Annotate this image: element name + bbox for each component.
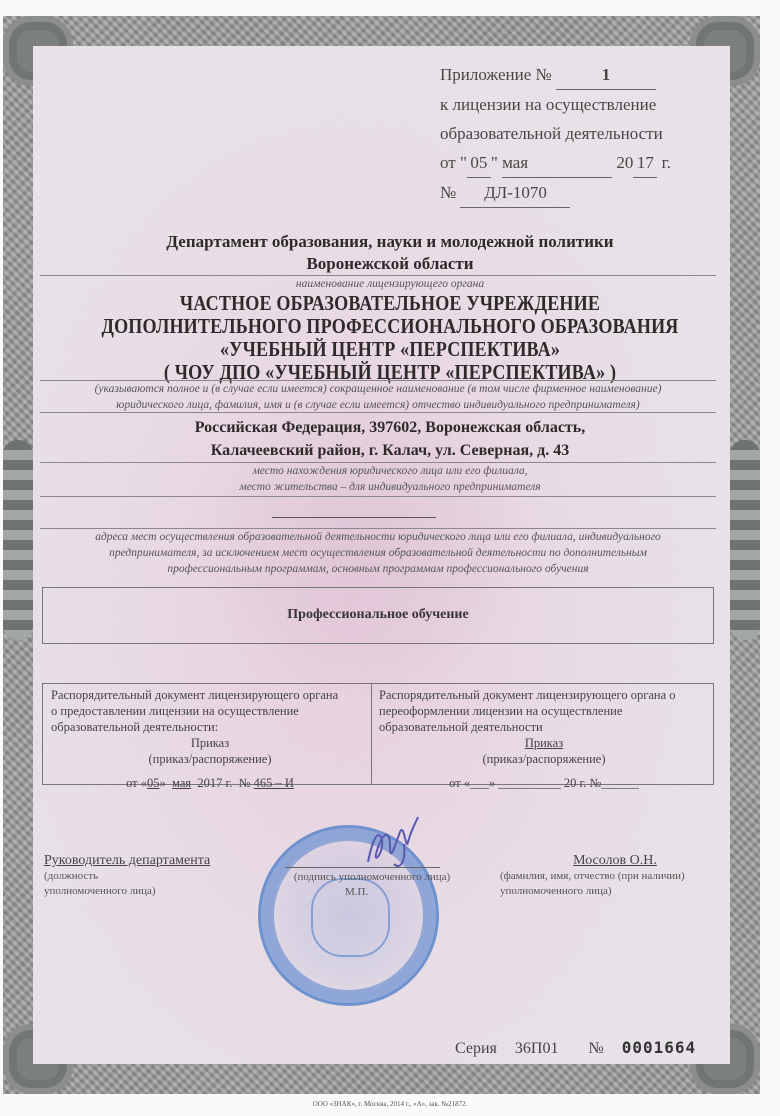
seal-label: М.П. [345, 885, 385, 900]
licensing-body-caption: наименование лицензирующего органа [40, 276, 740, 292]
caption-line: (указываются полное и (в случае если име… [40, 381, 716, 397]
orders-table: Распорядительный документ лицензирующего… [42, 683, 714, 785]
activity-places-caption: адреса мест осуществления образовательно… [40, 529, 716, 577]
number-label: № [588, 1040, 603, 1057]
date-prefix: от « [126, 776, 147, 790]
issuance-day: 05 [147, 776, 160, 790]
doc-type-caption: (приказ/распоряжение) [379, 751, 709, 767]
table-divider [371, 684, 372, 784]
address-line: Калачеевский район, г. Калач, ул. Северн… [40, 439, 740, 462]
name-caption: уполномоченного лица) [500, 884, 710, 899]
side-ornament-left [3, 440, 33, 640]
date-quote: " [491, 153, 498, 172]
reissue-doc-cell: Распорядительный документ лицензирующего… [379, 687, 709, 791]
form-number: 0001664 [622, 1038, 696, 1057]
divider [40, 412, 716, 413]
date-prefix: от " [440, 153, 467, 172]
date-quote: » [160, 776, 166, 790]
cell-line: переоформлении лицензии на осуществление [379, 703, 709, 719]
appendix-number: 1 [556, 60, 656, 90]
organization-line: ДОПОЛНИТЕЛЬНОГО ПРОФЕССИОНАЛЬНОГО ОБРАЗО… [72, 315, 708, 338]
caption-line: предпринимателя, за исключением мест осу… [40, 545, 716, 561]
licensing-body-line1: Департамент образования, науки и молодеж… [40, 232, 740, 252]
issuance-year: 2017 г. [197, 776, 232, 790]
number-label: № [239, 776, 251, 790]
organization-line: «УЧЕБНЫЙ ЦЕНТР «ПЕРСПЕКТИВА» [72, 338, 708, 361]
program-title: Профессиональное обучение [43, 607, 713, 623]
issuance-date-line: от «05» мая 2017 г. № 465 – И [51, 775, 369, 791]
license-no-label: № [440, 183, 456, 202]
appendix-label: Приложение № [440, 65, 552, 84]
cell-line: Распорядительный документ лицензирующего… [51, 687, 369, 703]
appendix-month: мая [502, 148, 612, 178]
address-caption: место нахождения юридического лица или е… [40, 463, 740, 495]
signer-name-block: Мосолов О.Н. (фамилия, имя, отчество (пр… [500, 853, 710, 899]
series-label: Серия [455, 1040, 497, 1057]
doc-type: Приказ [51, 735, 369, 751]
year-prefix: 20 [616, 153, 633, 172]
form-serial: Серия 36П01 № 0001664 [455, 1038, 715, 1058]
signer-position: Руководитель департамента [44, 853, 254, 869]
blank-line [272, 517, 436, 518]
year-unit: г. [662, 153, 671, 172]
position-caption: уполномоченного лица) [44, 884, 254, 899]
position-caption: (должность [44, 869, 254, 884]
cell-line: Распорядительный документ лицензирующего… [379, 687, 709, 703]
issuance-month: мая [172, 776, 191, 790]
licensing-body-line2: Воронежской области [40, 254, 740, 274]
signature-caption: (подпись уполномоченного лица) [287, 870, 457, 885]
caption-line: профессиональным программам, основным пр… [40, 561, 716, 577]
appendix-header: Приложение № 1 к лицензии на осуществлен… [440, 60, 680, 208]
divider [40, 496, 716, 497]
caption-line: юридического лица, фамилия, имя и (в слу… [40, 397, 716, 413]
reissue-date-line: от «___» __________ 20 г. №______ [379, 775, 709, 791]
address-line: Российская Федерация, 397602, Воронежска… [40, 416, 740, 439]
doc-type: Приказ [379, 735, 709, 751]
organization-caption: (указываются полное и (в случае если име… [40, 381, 716, 413]
caption-line: место нахождения юридического лица или е… [40, 463, 740, 479]
address: Российская Федерация, 397602, Воронежска… [40, 416, 740, 462]
appendix-day: 05 [467, 148, 491, 178]
organization-name: ЧАСТНОЕ ОБРАЗОВАТЕЛЬНОЕ УЧРЕЖДЕНИЕ ДОПОЛ… [20, 292, 760, 384]
cell-line: о предоставлении лицензии на осуществлен… [51, 703, 369, 719]
caption-line: место жительства – для индивидуального п… [40, 479, 740, 495]
cell-line: образовательной деятельности: [51, 719, 369, 735]
caption-line: адреса мест осуществления образовательно… [40, 529, 716, 545]
series-value: 36П01 [515, 1040, 559, 1057]
name-caption: (фамилия, имя, отчество (при наличии) [500, 869, 710, 884]
program-box: Профессиональное обучение [42, 587, 714, 644]
handwritten-signature-icon [360, 812, 430, 872]
signer-name: Мосолов О.Н. [500, 853, 710, 869]
appendix-line2: к лицензии на осуществление [440, 90, 680, 119]
organization-line: ЧАСТНОЕ ОБРАЗОВАТЕЛЬНОЕ УЧРЕЖДЕНИЕ [72, 292, 708, 315]
printer-imprint: ООО «ЗНАК», г. Москва, 2014 г., «А», зак… [200, 1100, 580, 1108]
appendix-line3: образовательной деятельности [440, 119, 680, 148]
doc-type-caption: (приказ/распоряжение) [51, 751, 369, 767]
license-number: ДЛ-1070 [460, 178, 570, 208]
position-block: Руководитель департамента (должность упо… [44, 853, 254, 899]
issuance-doc-cell: Распорядительный документ лицензирующего… [51, 687, 369, 791]
appendix-year: 17 [633, 148, 657, 178]
issuance-number: 465 – И [254, 776, 294, 790]
cell-line: образовательной деятельности [379, 719, 709, 735]
